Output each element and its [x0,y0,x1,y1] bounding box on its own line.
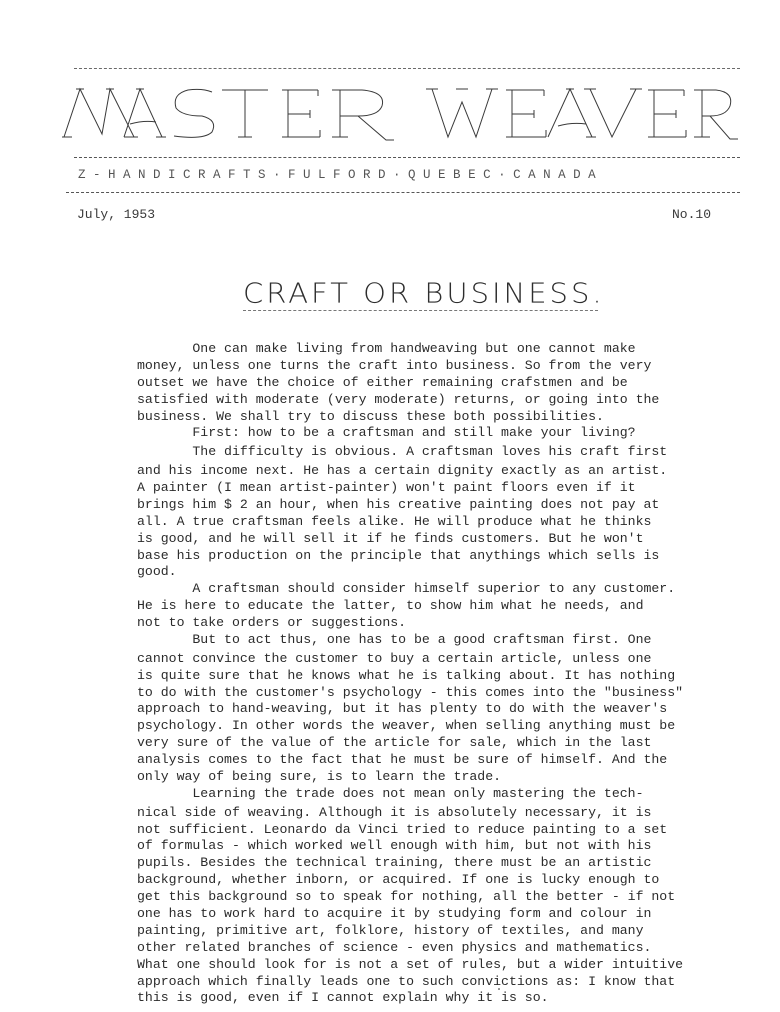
top-rule [74,68,740,69]
article-line: nical side of weaving. Although it is ab… [137,805,777,822]
article-line: approach which finally leads one to such… [137,974,777,991]
paper-speck [498,988,500,990]
article-line: not sufficient. Leonardo da Vinci tried … [137,822,777,839]
article-line: cannot convince the customer to buy a ce… [137,651,777,668]
article-line: base his production on the principle tha… [137,548,777,565]
article-line: of formulas - which worked well enough w… [137,838,777,855]
article-line: very sure of the value of the article fo… [137,735,777,752]
article-line: First: how to be a craftsman and still m… [137,425,777,444]
article-title: CRAFT OR BUSINESS. [243,277,603,309]
masthead-bottom-rule [74,157,740,158]
article-line: and his income next. He has a certain di… [137,463,777,480]
article-line: analysis comes to the fact that he must … [137,752,777,769]
article-line: He is here to educate the latter, to sho… [137,598,777,615]
article-line: One can make living from handweaving but… [137,341,777,358]
article-line: painting, primitive art, folklore, histo… [137,923,777,940]
article-line: brings him $ 2 an hour, when his creativ… [137,497,777,514]
article-line: But to act thus, one has to be a good cr… [137,632,777,651]
article-line: other related branches of science - even… [137,940,777,957]
article-line: approach to hand-weaving, but it has ple… [137,701,777,718]
article-line: business. We shall try to discuss these … [137,409,777,426]
article-line: A craftsman should consider himself supe… [137,581,777,598]
article-line: satisfied with moderate (very moderate) … [137,392,777,409]
article-line: pupils. Besides the technical training, … [137,855,777,872]
masthead-title: MASTER WEAVER [62,84,738,144]
article-line: psychology. In other words the weaver, w… [137,718,777,735]
article-line: background, whether inborn, or acquired.… [137,872,777,889]
article-line: What one should look for is not a set of… [137,957,777,974]
newsletter-page: MASTER WEAVER [0,0,780,1012]
article-line: one has to work hard to acquire it by st… [137,906,777,923]
article-line: get this background so to speak for noth… [137,889,777,906]
article-line: not to take orders or suggestions. [137,615,777,632]
article-line: A painter (I mean artist-painter) won't … [137,480,777,497]
article-line: this is good, even if I cannot explain w… [137,990,777,1007]
article-line: money, unless one turns the craft into b… [137,358,777,375]
article-line: Learning the trade does not mean only ma… [137,786,777,805]
article-line: good. [137,564,777,581]
masthead-subtitle: Z - H A N D I C R A F T S · F U L F O R … [78,168,738,182]
article-line: is good, and he will sell it if he finds… [137,531,777,548]
issue-number: No.10 [672,207,711,222]
article-line: only way of being sure, is to learn the … [137,769,777,786]
article-line: is quite sure that he knows what he is t… [137,668,777,685]
article-line: all. A true craftsman feels alike. He wi… [137,514,777,531]
article-line: The difficulty is obvious. A craftsman l… [137,444,777,463]
paper-speck [425,993,427,995]
article-title-underline [243,310,598,311]
issue-date: July, 1953 [77,207,155,222]
subtitle-bottom-rule [66,192,740,193]
article-body: One can make living from handweaving but… [137,341,777,1007]
article-line: outset we have the choice of either rema… [137,375,777,392]
article-line: to do with the customer's psychology - t… [137,685,777,702]
